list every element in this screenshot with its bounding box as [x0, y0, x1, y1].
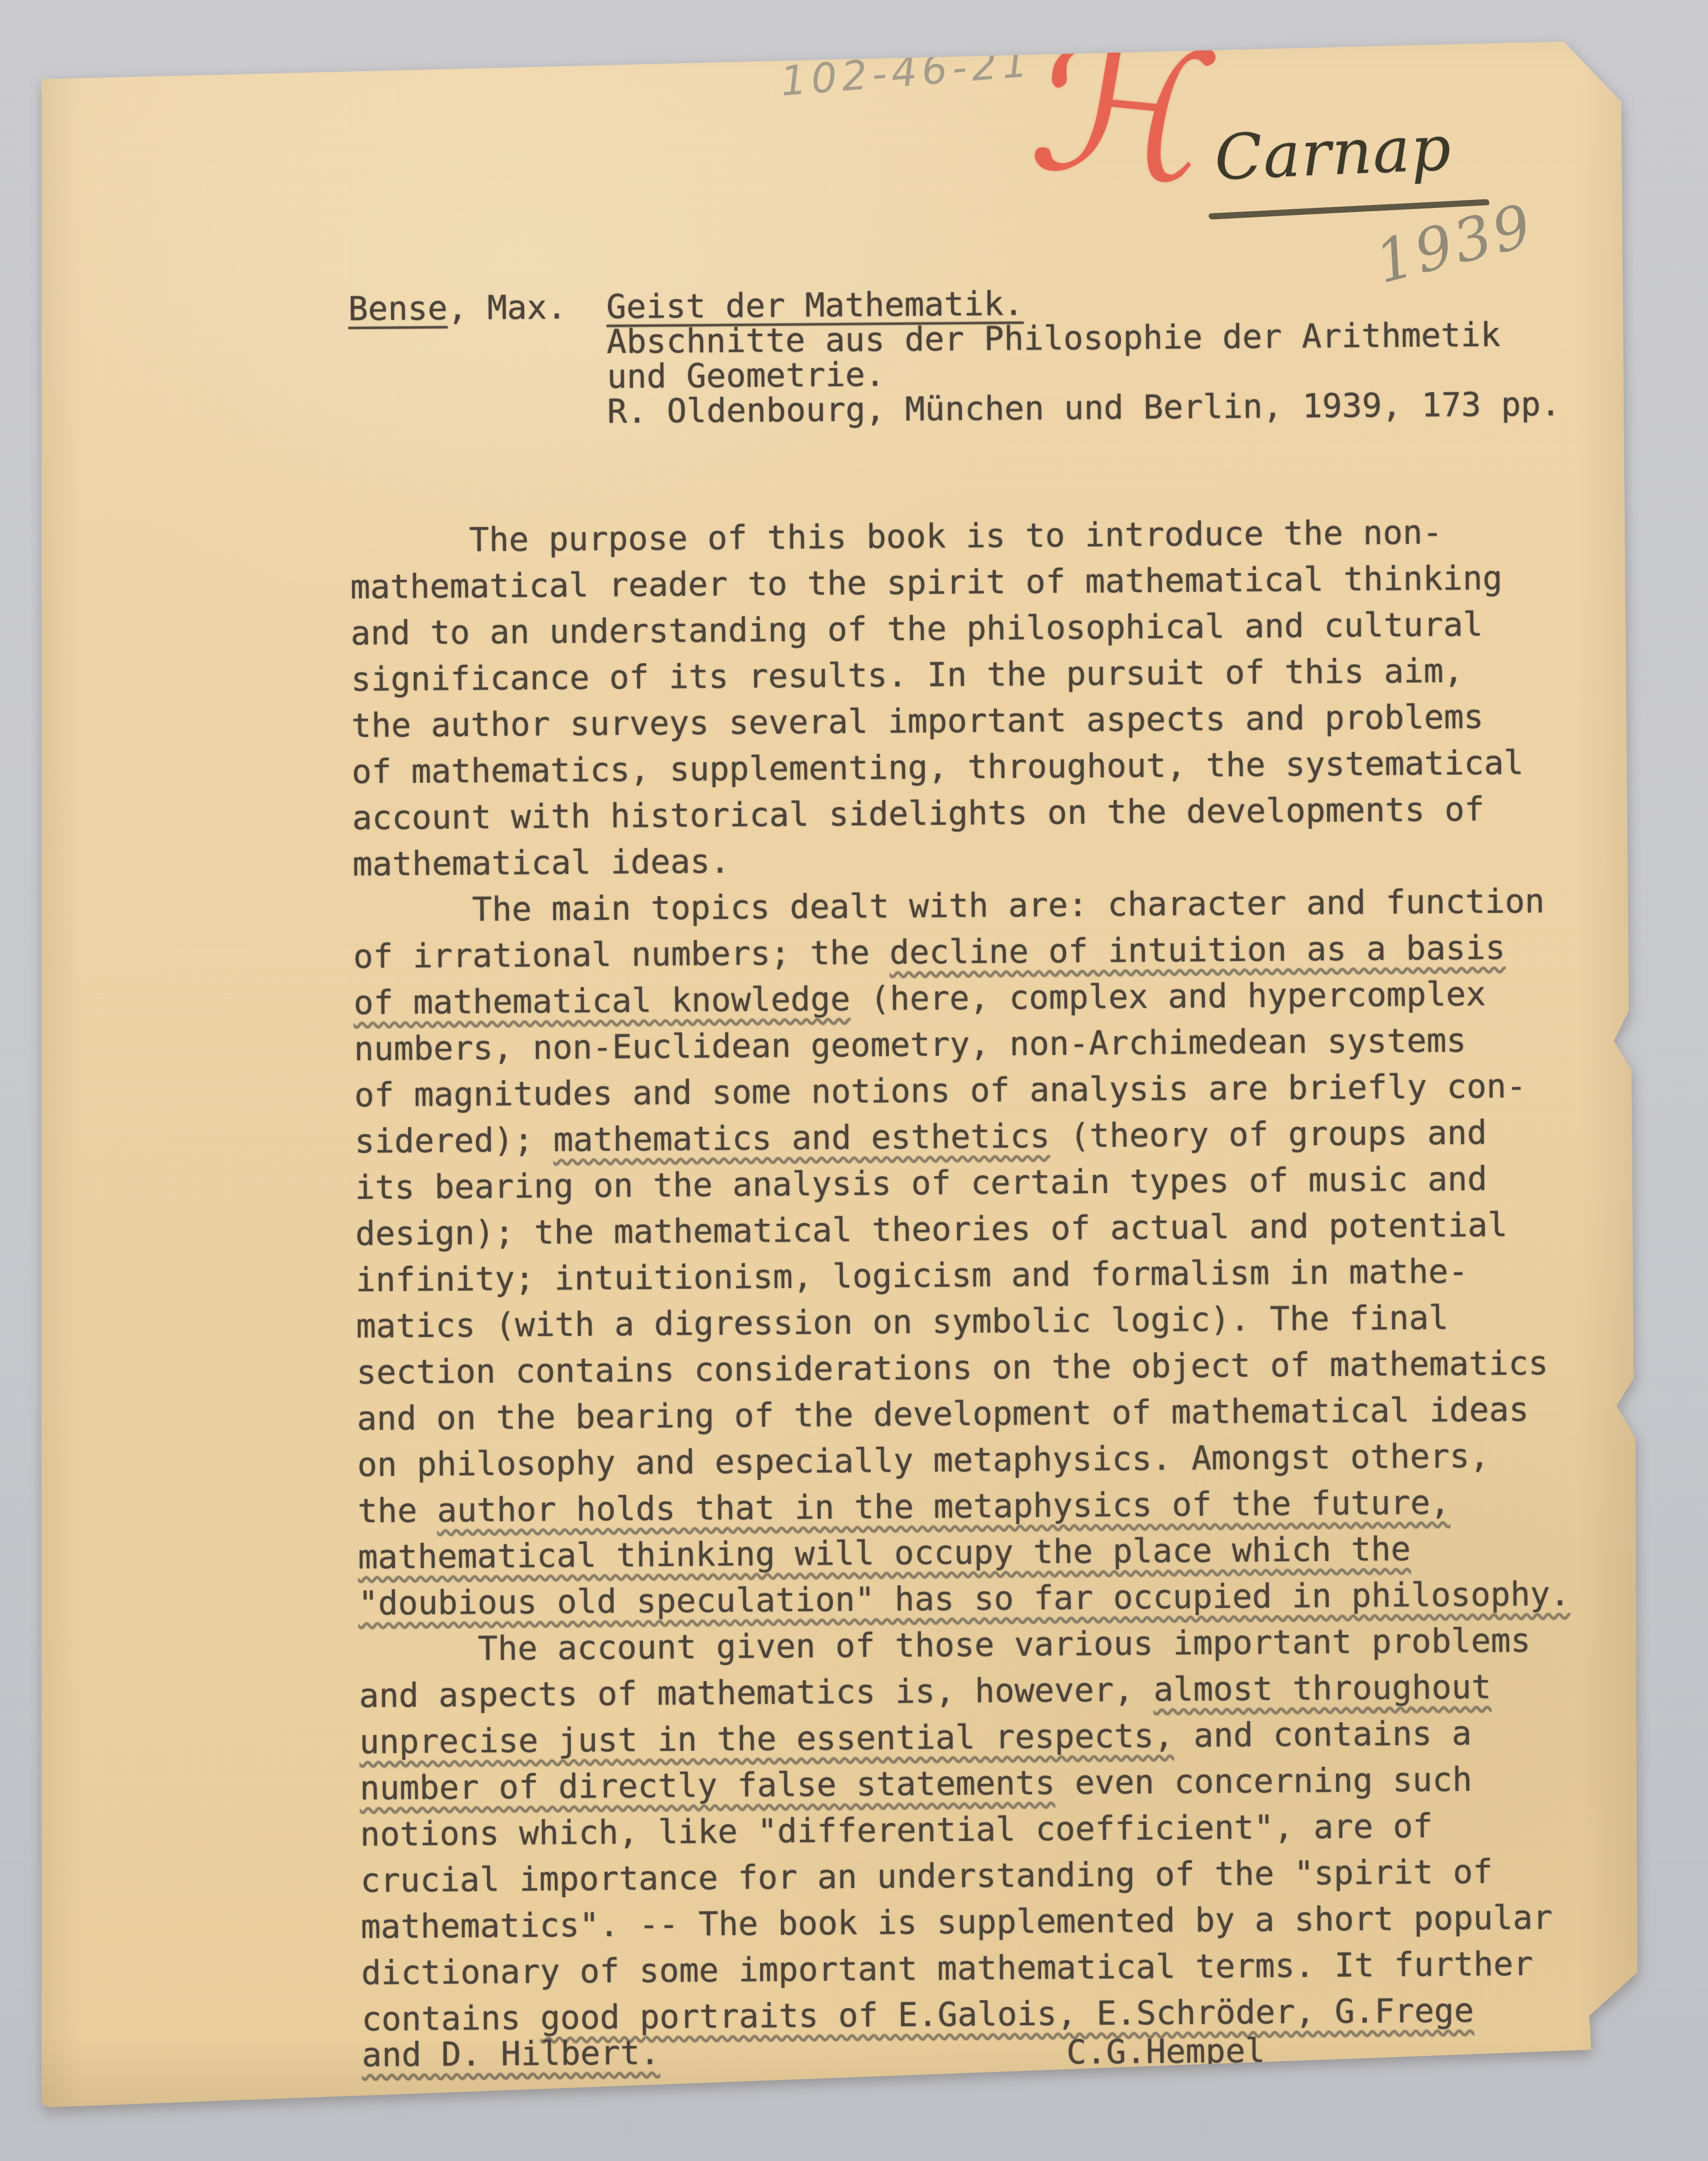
- typed-text: and on the bearing of the development of…: [357, 1390, 1529, 1438]
- typed-text: account with historical sidelights on th…: [352, 790, 1485, 837]
- typed-text: of mathematics, supplementing, throughou…: [352, 743, 1524, 792]
- typed-text: of magnitudes and some notions of analys…: [354, 1067, 1526, 1115]
- typed-text: section contains considerations on the o…: [356, 1344, 1548, 1392]
- review-body: The purpose of this book is to introduce…: [350, 508, 1574, 2075]
- typed-text: matics (with a digression on symbolic lo…: [356, 1298, 1448, 1345]
- typed-text: even concerning such: [1055, 1760, 1472, 1802]
- typed-text: sidered);: [354, 1121, 553, 1161]
- pencil-underlined-text: mathematics and esthetics: [553, 1117, 1050, 1159]
- paper-surface: 102-46-21 ℋ Carnap 1939 Bense, Max. Geis…: [41, 8, 1640, 2110]
- typed-text: numbers, non-Euclidean geometry, non-Arc…: [354, 1021, 1467, 1069]
- typed-text: (here, complex and hypercomplex: [850, 974, 1486, 1018]
- typed-text: mathematical ideas.: [353, 842, 730, 883]
- typed-text: and contains a: [1174, 1714, 1472, 1755]
- typed-text: on philosophy and especially metaphysics…: [357, 1436, 1490, 1484]
- typed-text: The purpose of this book is to introduce…: [469, 513, 1443, 559]
- reviewer-signature: C.G.Hempel: [1066, 2030, 1265, 2072]
- bibliographic-header: Bense, Max. Geist der Mathematik. Abschn…: [348, 282, 1560, 431]
- typed-text: design); the mathematical theories of ac…: [355, 1205, 1508, 1253]
- closing-line: and D. Hilbert.: [361, 2033, 660, 2074]
- typed-text: notions which, like "differential coeffi…: [360, 1806, 1433, 1854]
- pencil-underlined-text: decline of intuition as a basis: [889, 928, 1505, 972]
- typed-text: dictionary of some important mathematica…: [361, 1945, 1533, 1993]
- typed-text: mathematics". -- The book is supplemente…: [361, 1898, 1552, 1946]
- author-lastname: Bense: [348, 289, 447, 328]
- typed-text: The account given of those various impor…: [478, 1621, 1531, 1668]
- typed-text: mathematical reader to the spirit of mat…: [350, 559, 1503, 606]
- page-content: 102-46-21 ℋ Carnap 1939 Bense, Max. Geis…: [33, 2, 1648, 2117]
- pencil-underlined-text: "doubious old speculation" has so far oc…: [358, 1575, 1570, 1623]
- author-rest: , Max.: [447, 288, 607, 328]
- typed-text: (theory of groups and: [1050, 1113, 1487, 1155]
- scanned-review-page: { "colors": { "background_gray": "#c7c8c…: [0, 0, 1708, 2161]
- pencil-underlined-text: number of directly false statements: [360, 1763, 1055, 1807]
- typed-text: of irrational numbers; the: [353, 933, 889, 976]
- archive-number-annotation: 102-46-21: [779, 39, 1034, 105]
- typed-text: and aspects of mathematics is, however,: [359, 1670, 1153, 1715]
- typed-text: significance of its results. In the purs…: [351, 652, 1464, 699]
- typed-text: and to an understanding of the philosoph…: [351, 605, 1483, 652]
- text-line: account with historical sidelights on th…: [352, 785, 1564, 841]
- paper-sheet: 102-46-21 ℋ Carnap 1939 Bense, Max. Geis…: [41, 8, 1640, 2110]
- typed-text: crucial importance for an understanding …: [361, 1852, 1493, 1900]
- typed-text: infinity; intuitionism, logicism and for…: [356, 1252, 1469, 1300]
- pencil-underlined-text: almost throughout: [1153, 1667, 1491, 1709]
- pencil-underlined-text: author holds that in the metaphysics of …: [437, 1483, 1450, 1530]
- pencil-underlined-text: unprecise just in the essential respects…: [359, 1716, 1174, 1761]
- typed-text: the: [357, 1491, 437, 1530]
- pencil-underlined-text: of mathematical knowledge: [353, 980, 850, 1022]
- typed-text: The main topics dealt with are: characte…: [472, 882, 1544, 929]
- red-crayon-h-annotation: ℋ: [1022, 16, 1228, 211]
- typed-text: the author surveys several important asp…: [351, 697, 1484, 745]
- typed-text: its bearing on the analysis of certain t…: [355, 1159, 1487, 1207]
- carnap-handwritten-name: Carnap: [1213, 112, 1453, 194]
- pencil-underlined-text: mathematical thinking will occupy the pl…: [358, 1530, 1411, 1577]
- typed-text: contains: [361, 1998, 541, 2038]
